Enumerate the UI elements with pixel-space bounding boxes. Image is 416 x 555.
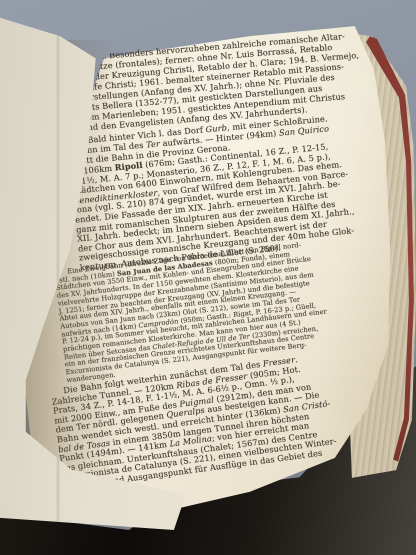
book-photo: del. Pyrenäen. RIPOLL. 19. Route.247 sät… bbox=[0, 0, 416, 555]
page-crease bbox=[56, 0, 60, 555]
